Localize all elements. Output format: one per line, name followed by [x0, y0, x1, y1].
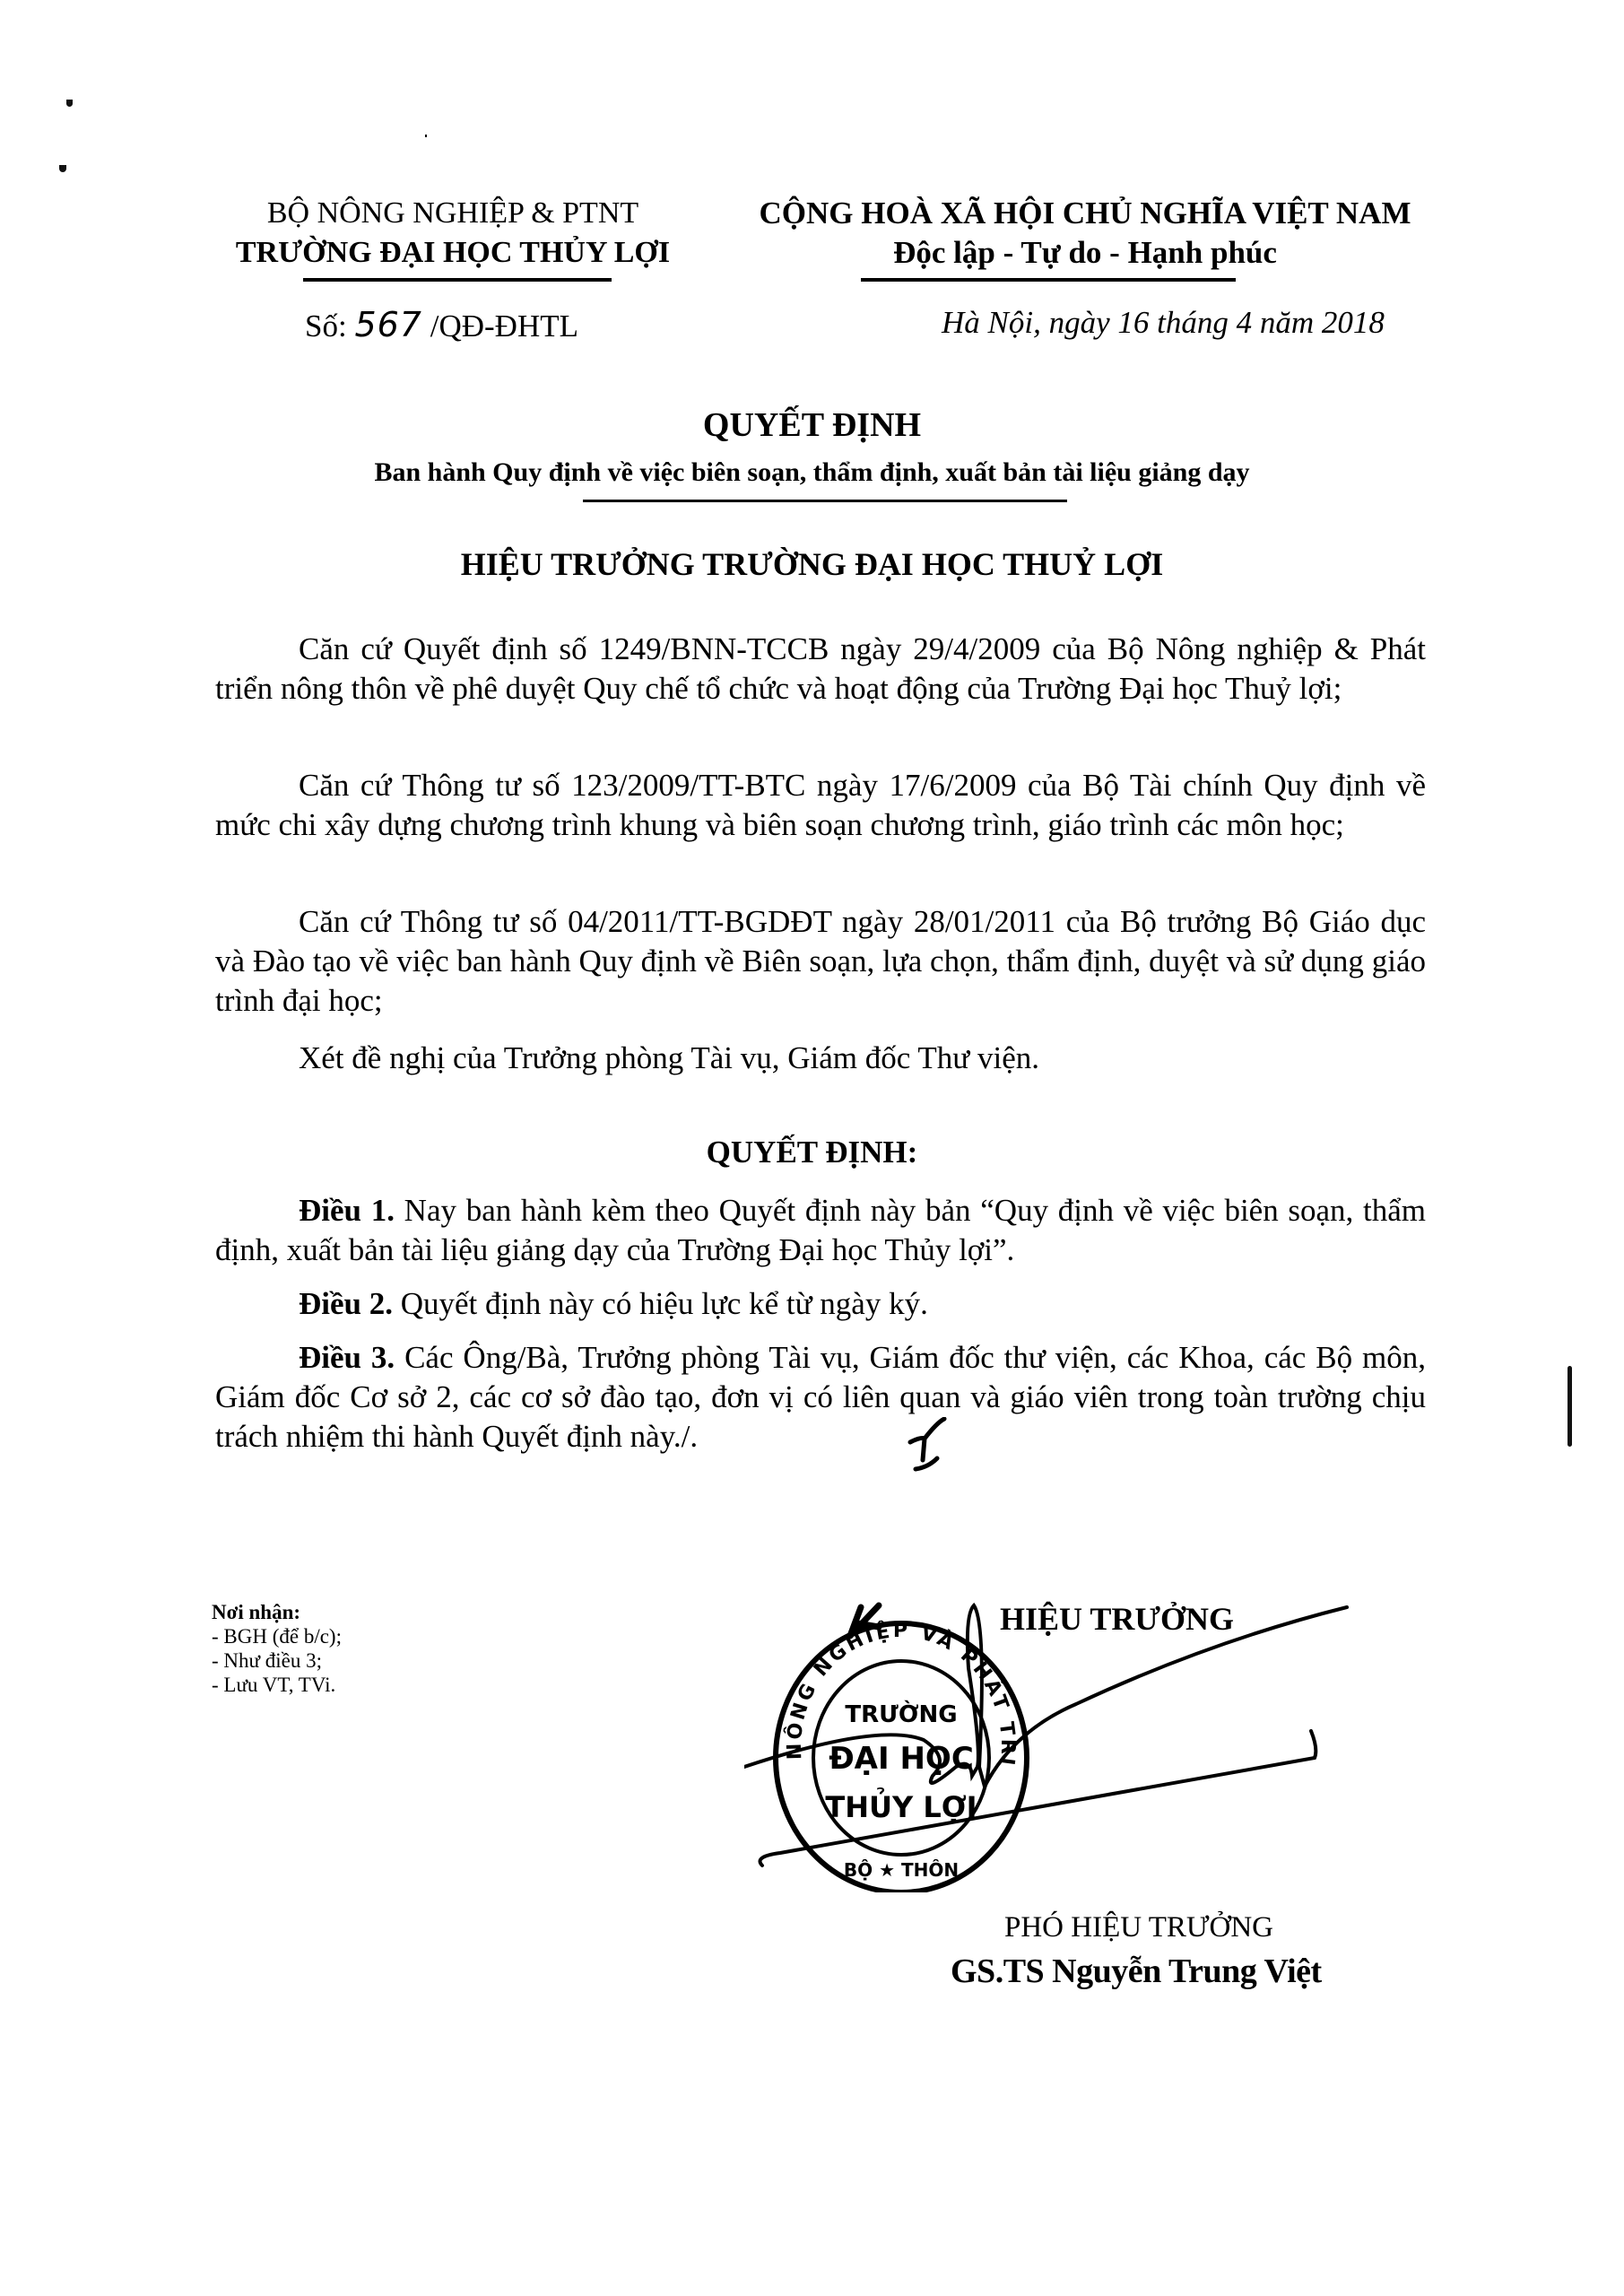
recipient-item: - Lưu VT, TVi.: [212, 1673, 342, 1697]
document-title: QUYẾT ĐỊNH: [0, 405, 1624, 445]
subtitle-rule: [583, 500, 1067, 502]
header-left-rule: [303, 278, 612, 282]
decision-heading: QUYẾT ĐỊNH:: [0, 1135, 1624, 1170]
number-suffix: /QĐ-ĐHTL: [430, 309, 578, 344]
university-name: TRƯỜNG ĐẠI HỌC THỦY LỢI: [202, 233, 704, 273]
issuing-authority: HIỆU TRƯỞNG TRƯỜNG ĐẠI HỌC THUỶ LỢI: [0, 545, 1624, 583]
preamble-text: Căn cứ Thông tư số 04/2011/TT-BGDĐT ngày…: [215, 902, 1426, 1021]
preamble-text: Căn cứ Thông tư số 123/2009/TT-BTC ngày …: [215, 766, 1426, 845]
number-prefix: Số:: [305, 309, 347, 344]
preamble-3: Căn cứ Thông tư số 04/2011/TT-BGDĐT ngày…: [215, 902, 1426, 1021]
national-motto: Độc lập - Tự do - Hạnh phúc: [708, 233, 1462, 273]
article-text: Quyết định này có hiệu lực kể từ ngày ký…: [393, 1286, 928, 1321]
issuing-agency: BỘ NÔNG NGHIỆP & PTNT TRƯỜNG ĐẠI HỌC THỦ…: [202, 194, 704, 273]
recipient-item: - BGH (để b/c);: [212, 1624, 342, 1648]
article-3: Điều 3. Các Ông/Bà, Trưởng phòng Tài vụ,…: [215, 1338, 1426, 1457]
recipient-item: - Như điều 3;: [212, 1648, 342, 1673]
ministry-name: BỘ NÔNG NGHIỆP & PTNT: [202, 194, 704, 233]
document-subtitle: Ban hành Quy định về việc biên soạn, thẩ…: [0, 457, 1624, 488]
handwritten-signature: [744, 1587, 1533, 1883]
signatory-name: GS.TS Nguyễn Trung Việt: [951, 1952, 1322, 1991]
preamble-4: Xét đề nghị của Trưởng phòng Tài vụ, Giá…: [215, 1039, 1426, 1078]
preamble-1: Căn cứ Quyết định số 1249/BNN-TCCB ngày …: [215, 630, 1426, 709]
document-number: Số: 567 /QĐ-ĐHTL: [305, 305, 578, 344]
place-date: Hà Nội, ngày 16 tháng 4 năm 2018: [942, 305, 1385, 341]
national-header: CỘNG HOÀ XÃ HỘI CHỦ NGHĨA VIỆT NAM Độc l…: [708, 194, 1462, 273]
recipients-block: Nơi nhận: - BGH (để b/c); - Như điều 3; …: [212, 1600, 342, 1697]
signatory-role: PHÓ HIỆU TRƯỞNG: [1004, 1911, 1273, 1944]
preamble-2: Căn cứ Thông tư số 123/2009/TT-BTC ngày …: [215, 766, 1426, 845]
article-label: Điều 1.: [299, 1193, 395, 1228]
article-1: Điều 1. Nay ban hành kèm theo Quyết định…: [215, 1191, 1426, 1270]
article-label: Điều 3.: [299, 1340, 395, 1375]
article-text: Nay ban hành kèm theo Quyết định này bản…: [215, 1193, 1426, 1267]
handwritten-number: 567: [354, 305, 422, 344]
initials-mark: [901, 1417, 955, 1480]
country-name: CỘNG HOÀ XÃ HỘI CHỦ NGHĨA VIỆT NAM: [708, 194, 1462, 233]
article-2: Điều 2. Quyết định này có hiệu lực kể từ…: [215, 1284, 1426, 1324]
recipients-heading: Nơi nhận:: [212, 1600, 342, 1624]
article-text: Các Ông/Bà, Trưởng phòng Tài vụ, Giám đố…: [215, 1340, 1426, 1454]
preamble-text: Căn cứ Quyết định số 1249/BNN-TCCB ngày …: [215, 630, 1426, 709]
preamble-text: Xét đề nghị của Trưởng phòng Tài vụ, Giá…: [215, 1039, 1426, 1078]
article-label: Điều 2.: [299, 1286, 393, 1321]
header-right-rule: [861, 278, 1236, 282]
